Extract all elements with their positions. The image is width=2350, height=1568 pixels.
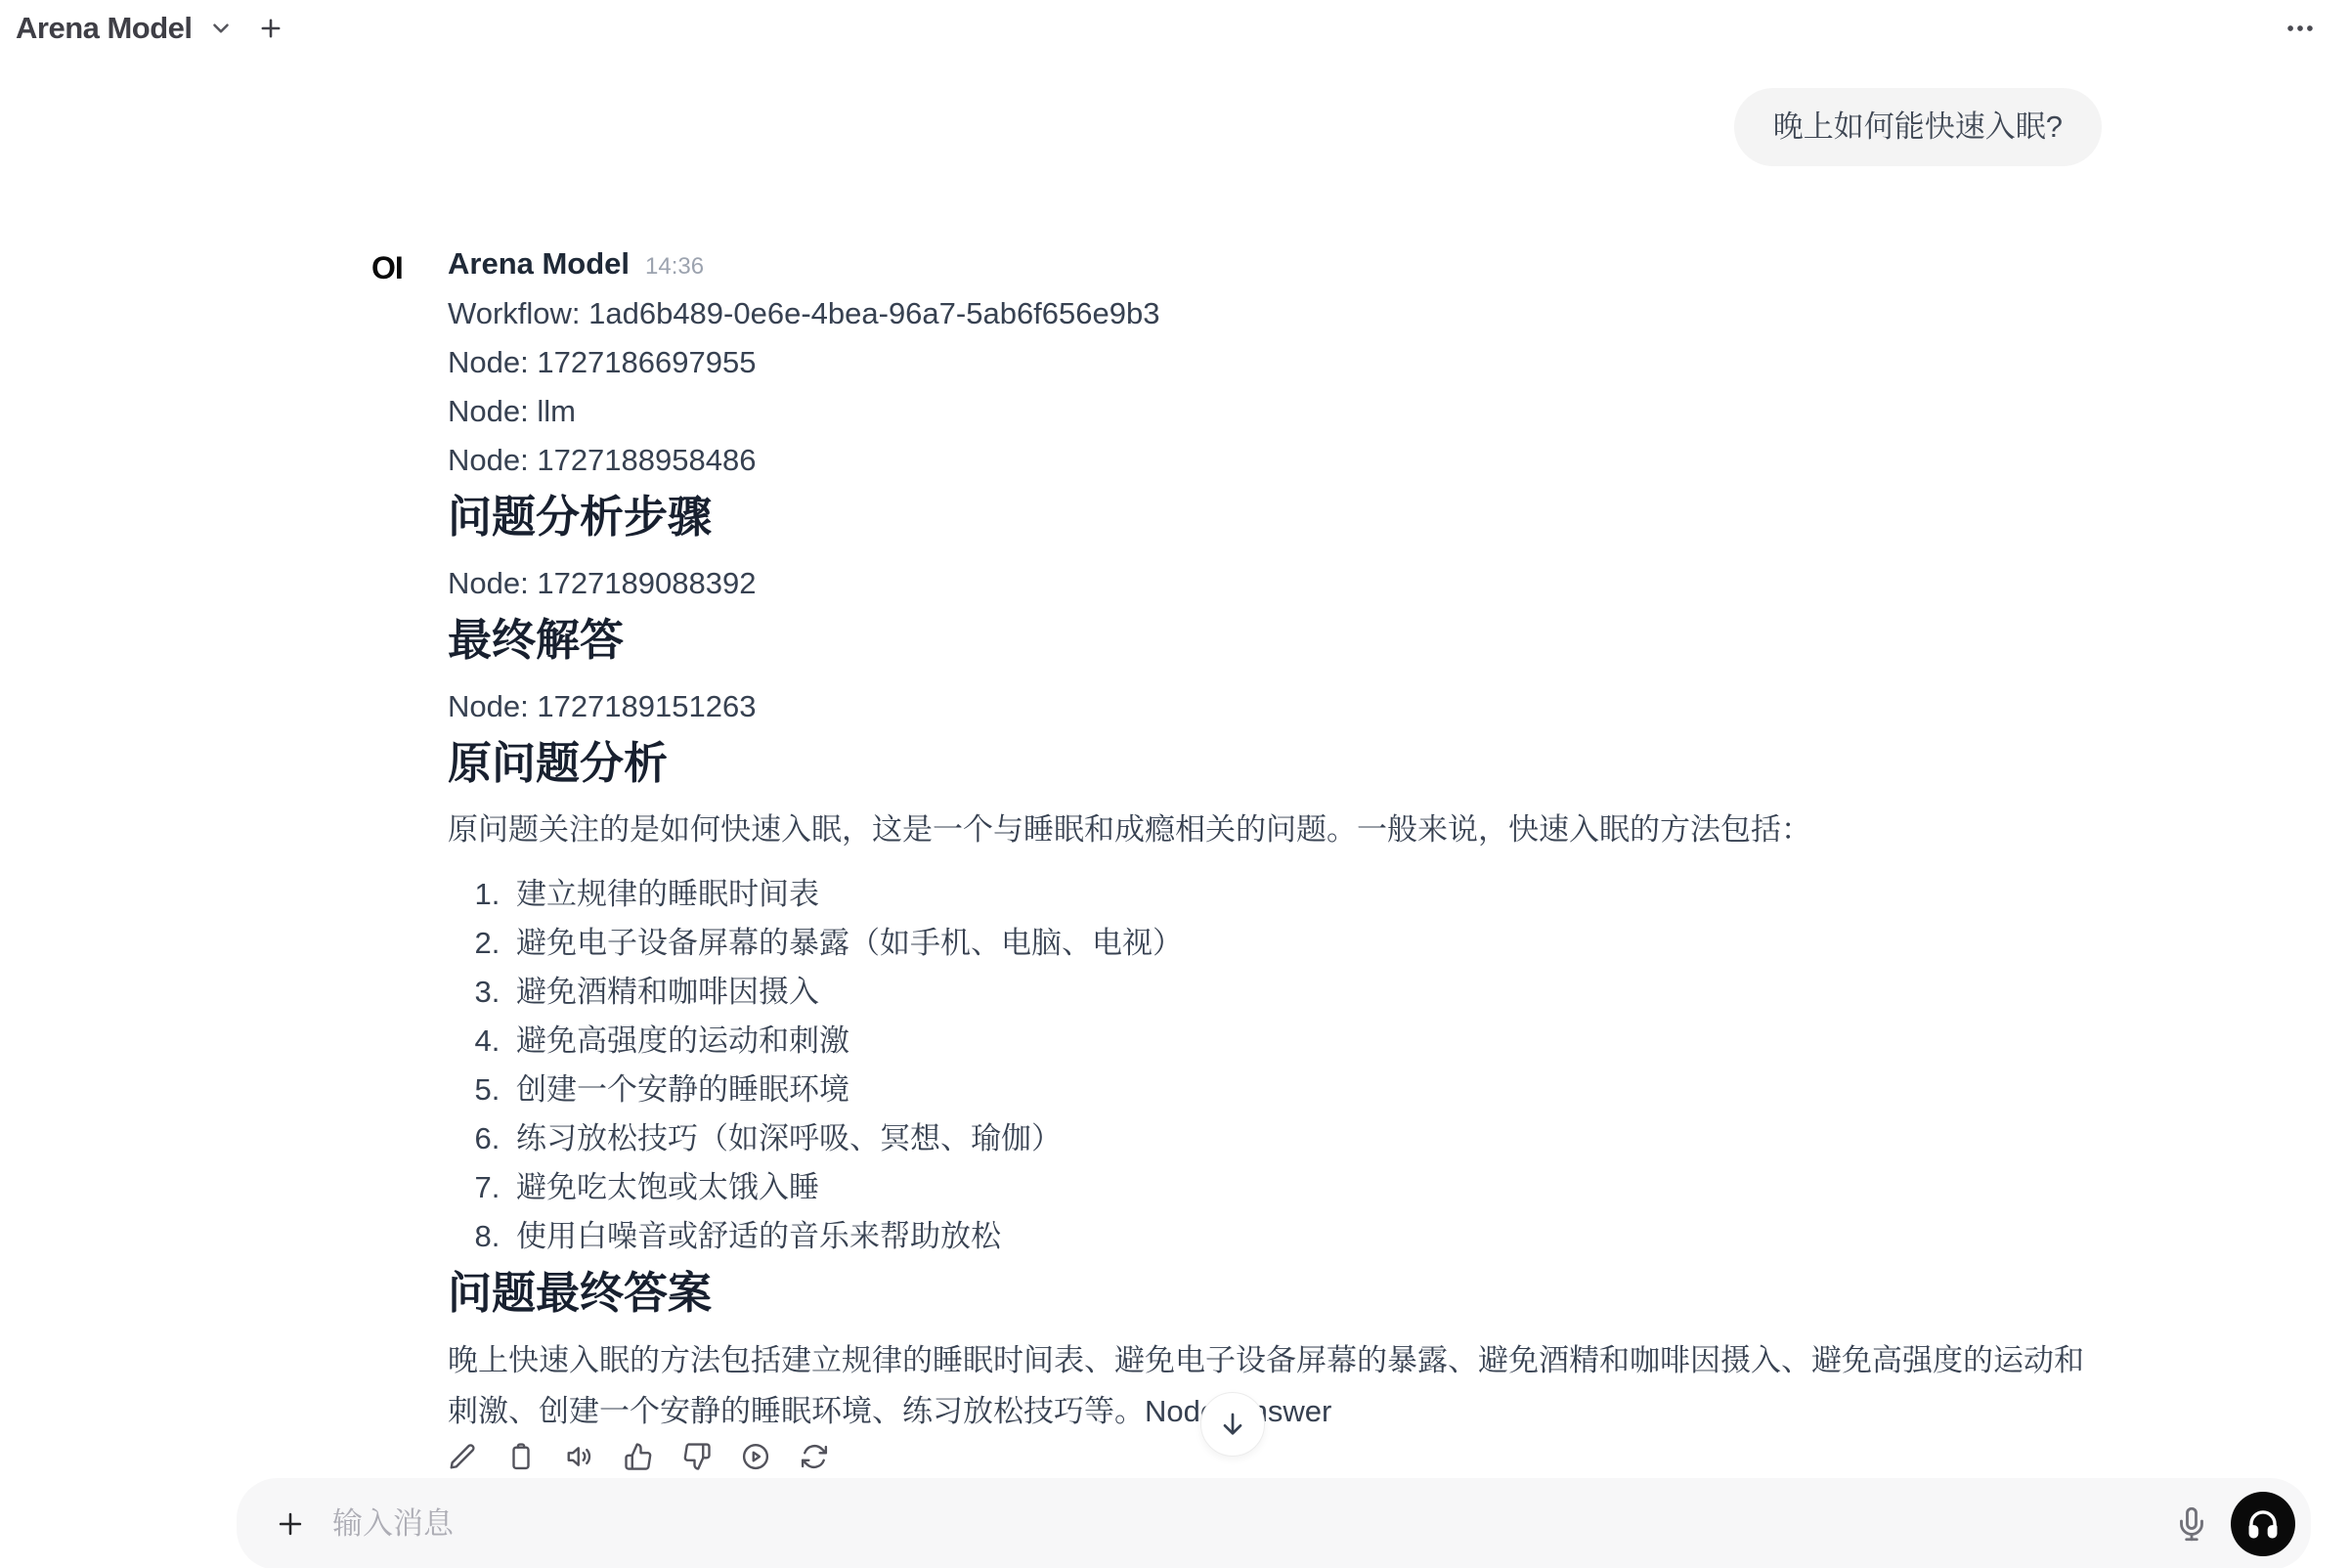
- node-line: Node: 1727186697955: [448, 338, 2102, 387]
- sleep-tips-list: 建立规律的睡眠时间表 避免电子设备屏幕的暴露（如手机、电脑、电视） 避免酒精和咖…: [448, 870, 2102, 1261]
- heading-original-analysis: 原问题分析: [448, 739, 2102, 788]
- final-answer-paragraph: 晚上快速入眠的方法包括建立规律的睡眠时间表、避免电子设备屏幕的暴露、避免酒精和咖…: [448, 1335, 2102, 1437]
- speaker-icon: [565, 1442, 594, 1471]
- node-line: Node: 1727189151263: [448, 682, 2102, 731]
- user-message-row: 晚上如何能快速入眠?: [371, 88, 2102, 166]
- assistant-message-content: Arena Model 14:36 Workflow: 1ad6b489-0e6…: [448, 246, 2102, 1476]
- continue-response-button[interactable]: [734, 1437, 777, 1476]
- microphone-icon: [2174, 1506, 2209, 1542]
- list-item: 避免吃太饱或太饿入睡: [508, 1163, 2102, 1212]
- bad-response-button[interactable]: [675, 1437, 718, 1476]
- assistant-name: Arena Model: [448, 246, 630, 282]
- voice-input-button[interactable]: [2166, 1499, 2217, 1549]
- list-item: 使用白噪音或舒适的音乐来帮助放松: [508, 1212, 2102, 1261]
- header: Arena Model: [0, 0, 2350, 57]
- play-circle-icon: [741, 1442, 770, 1471]
- read-aloud-button[interactable]: [558, 1437, 601, 1476]
- workflow-line: Workflow: 1ad6b489-0e6e-4bea-96a7-5ab6f6…: [448, 289, 2102, 338]
- thumbs-down-icon: [682, 1442, 712, 1471]
- pencil-icon: [448, 1442, 477, 1471]
- arrow-down-icon: [1217, 1409, 1248, 1440]
- regenerate-icon: [800, 1442, 829, 1471]
- ellipsis-menu-icon[interactable]: [2284, 12, 2317, 45]
- assistant-name-row: Arena Model 14:36: [448, 246, 2102, 289]
- attach-button[interactable]: [266, 1500, 315, 1548]
- list-item: 避免酒精和咖啡因摄入: [508, 968, 2102, 1017]
- node-line: Node: 1727188958486: [448, 436, 2102, 485]
- message-timestamp: 14:36: [645, 253, 704, 281]
- message-actions-row: [441, 1437, 2102, 1476]
- chat-area: 晚上如何能快速入眠? OI Arena Model 14:36 Workflow…: [0, 57, 2350, 1476]
- thumbs-up-icon: [624, 1442, 653, 1471]
- copy-message-button[interactable]: [500, 1437, 543, 1476]
- list-item: 创建一个安静的睡眠环境: [508, 1066, 2102, 1114]
- assistant-avatar: OI: [371, 246, 414, 289]
- voice-call-button[interactable]: [2231, 1492, 2295, 1556]
- list-item: 避免高强度的运动和刺激: [508, 1017, 2102, 1066]
- chevron-down-icon[interactable]: [208, 16, 234, 41]
- plus-icon: [274, 1507, 307, 1541]
- headphones-icon: [2246, 1507, 2280, 1541]
- good-response-button[interactable]: [617, 1437, 660, 1476]
- node-line: Node: llm: [448, 387, 2102, 436]
- list-item: 练习放松技巧（如深呼吸、冥想、瑜伽）: [508, 1114, 2102, 1163]
- heading-analysis-steps: 问题分析步骤: [448, 493, 2102, 542]
- regenerate-button[interactable]: [793, 1437, 836, 1476]
- new-chat-button[interactable]: [257, 15, 284, 42]
- analysis-intro: 原问题关注的是如何快速入眠，这是一个与睡眠和成瘾相关的问题。一般来说，快速入眠的…: [448, 806, 2102, 854]
- list-item: 建立规律的睡眠时间表: [508, 870, 2102, 919]
- scroll-to-bottom-button[interactable]: [1200, 1392, 1265, 1457]
- model-selector-title[interactable]: Arena Model: [16, 11, 193, 46]
- assistant-message: OI Arena Model 14:36 Workflow: 1ad6b489-…: [371, 246, 2102, 1476]
- message-input[interactable]: [330, 1505, 2166, 1543]
- user-message-bubble: 晚上如何能快速入眠?: [1734, 88, 2102, 166]
- message-composer: [237, 1478, 2311, 1568]
- heading-final-solution: 最终解答: [448, 616, 2102, 665]
- edit-message-button[interactable]: [441, 1437, 484, 1476]
- list-item: 避免电子设备屏幕的暴露（如手机、电脑、电视）: [508, 919, 2102, 968]
- clipboard-icon: [506, 1442, 536, 1471]
- node-line: Node: 1727189088392: [448, 559, 2102, 608]
- heading-final-answer: 问题最终答案: [448, 1269, 2102, 1318]
